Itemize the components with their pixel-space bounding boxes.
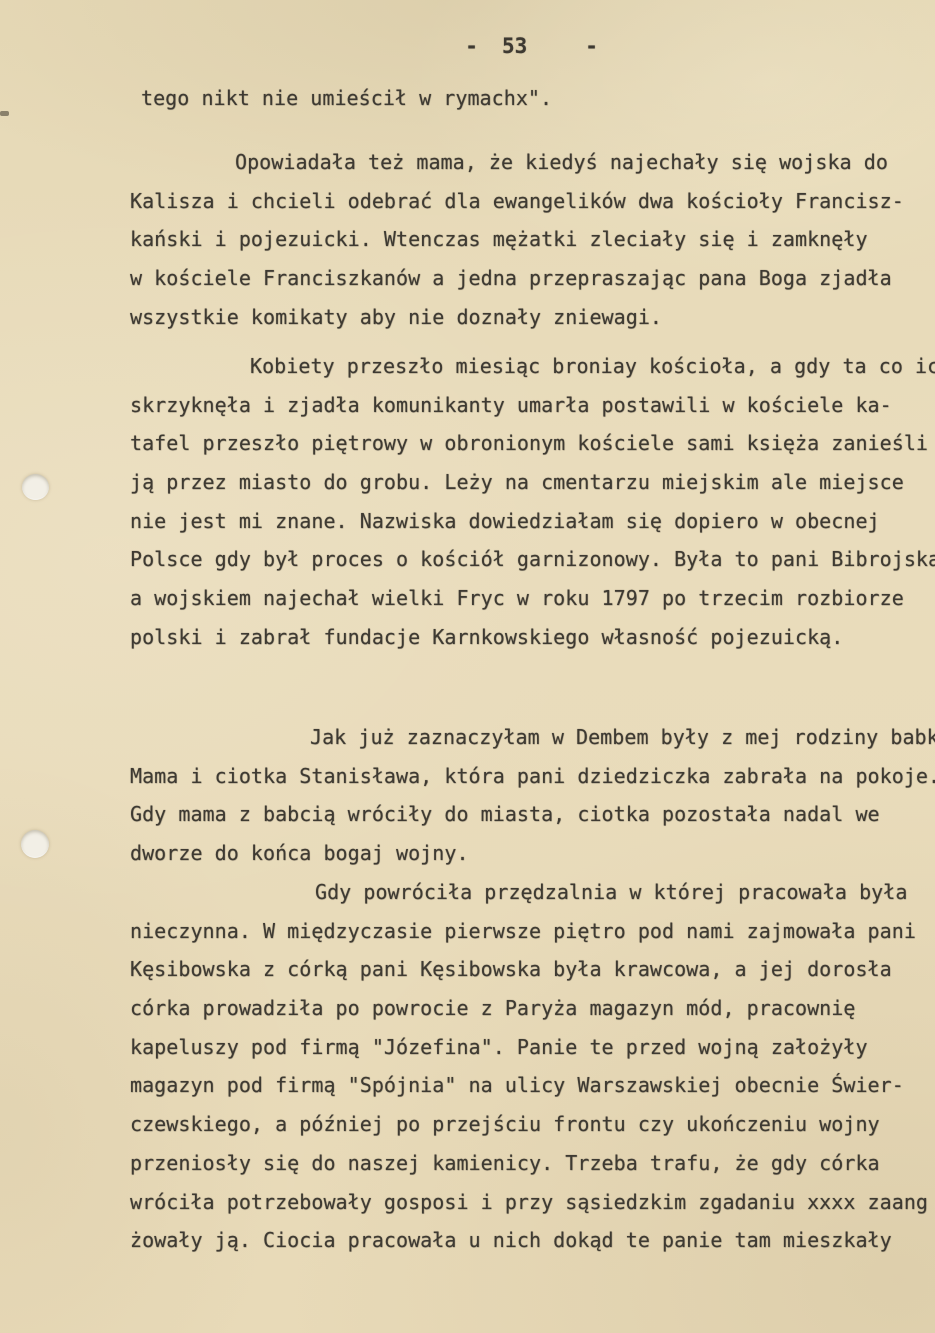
hole-punch: [22, 474, 49, 500]
text-line: dworze do końca bogaj wojny.: [130, 834, 935, 873]
text-line: córka prowadziła po powrocie z Paryża ma…: [130, 989, 935, 1028]
text-line: czewskiego, a później po przejściu front…: [130, 1105, 935, 1144]
text-line: tego nikt nie umieścił w rymachx".: [130, 79, 935, 118]
scan-artifact: [0, 111, 9, 116]
text-line: kański i pojezuicki. Wtenczas mężatki zl…: [130, 220, 935, 259]
text-line: nieczynna. W międzyczasie pierwsze piętr…: [130, 912, 935, 951]
paragraph: Jak już zaznaczyłam w Dembem były z mej …: [130, 718, 935, 873]
text-line: Mama i ciotka Stanisława, która pani dzi…: [130, 757, 935, 796]
text-line: Gdy powróciła przędzalnia w której praco…: [130, 873, 935, 912]
paragraph: Gdy powróciła przędzalnia w której praco…: [130, 873, 935, 1260]
text-line: ją przez miasto do grobu. Leży na cmenta…: [130, 463, 935, 502]
page-number: -53-: [440, 10, 598, 58]
text-line: polski i zabrał fundacje Karnkowskiego w…: [130, 618, 935, 657]
text-line: wszystkie komikaty aby nie doznały zniew…: [130, 298, 935, 337]
text-line: Kęsibowska z córką pani Kęsibowska była …: [130, 950, 935, 989]
text-line: przeniosły się do naszej kamienicy. Trze…: [130, 1144, 935, 1183]
paragraph: Opowiadała też mama, że kiedyś najechały…: [130, 143, 935, 336]
text-line: kapeluszy pod firmą "Józefina". Panie te…: [130, 1028, 935, 1067]
text-line: skrzyknęła i zjadła komunikanty umarła p…: [130, 386, 935, 425]
text-line: żowały ją. Ciocia pracowała u nich dokąd…: [130, 1221, 935, 1260]
text-line: Jak już zaznaczyłam w Dembem były z mej …: [130, 718, 935, 757]
text-line: Gdy mama z babcią wróciły do miasta, cio…: [130, 795, 935, 834]
text-line: Kobiety przeszło miesiąc broniay kościoł…: [130, 347, 935, 386]
page-number-value: 53: [502, 34, 527, 58]
text-line: tafel przeszło piętrowy w obronionym koś…: [130, 424, 935, 463]
hole-punch: [21, 830, 49, 858]
text-line: Opowiadała też mama, że kiedyś najechały…: [130, 143, 935, 182]
paragraph: Kobiety przeszło miesiąc broniay kościoł…: [130, 347, 935, 657]
paragraph: tego nikt nie umieścił w rymachx".: [130, 79, 935, 118]
text-line: a wojskiem najechał wielki Fryc w roku 1…: [130, 579, 935, 618]
page-number-dash-right: -: [585, 34, 598, 58]
text-line: magazyn pod firmą "Spójnia" na ulicy War…: [130, 1066, 935, 1105]
text-line: nie jest mi znane. Nazwiska dowiedziałam…: [130, 502, 935, 541]
page-number-dash-left: -: [465, 34, 478, 58]
text-line: Kalisza i chcieli odebrać dla ewangelikó…: [130, 182, 935, 221]
text-line: w kościele Franciszkanów a jedna przepra…: [130, 259, 935, 298]
text-line: Polsce gdy był proces o kościół garnizon…: [130, 540, 935, 579]
text-line: wróciła potrzebowały gosposi i przy sąsi…: [130, 1183, 935, 1222]
